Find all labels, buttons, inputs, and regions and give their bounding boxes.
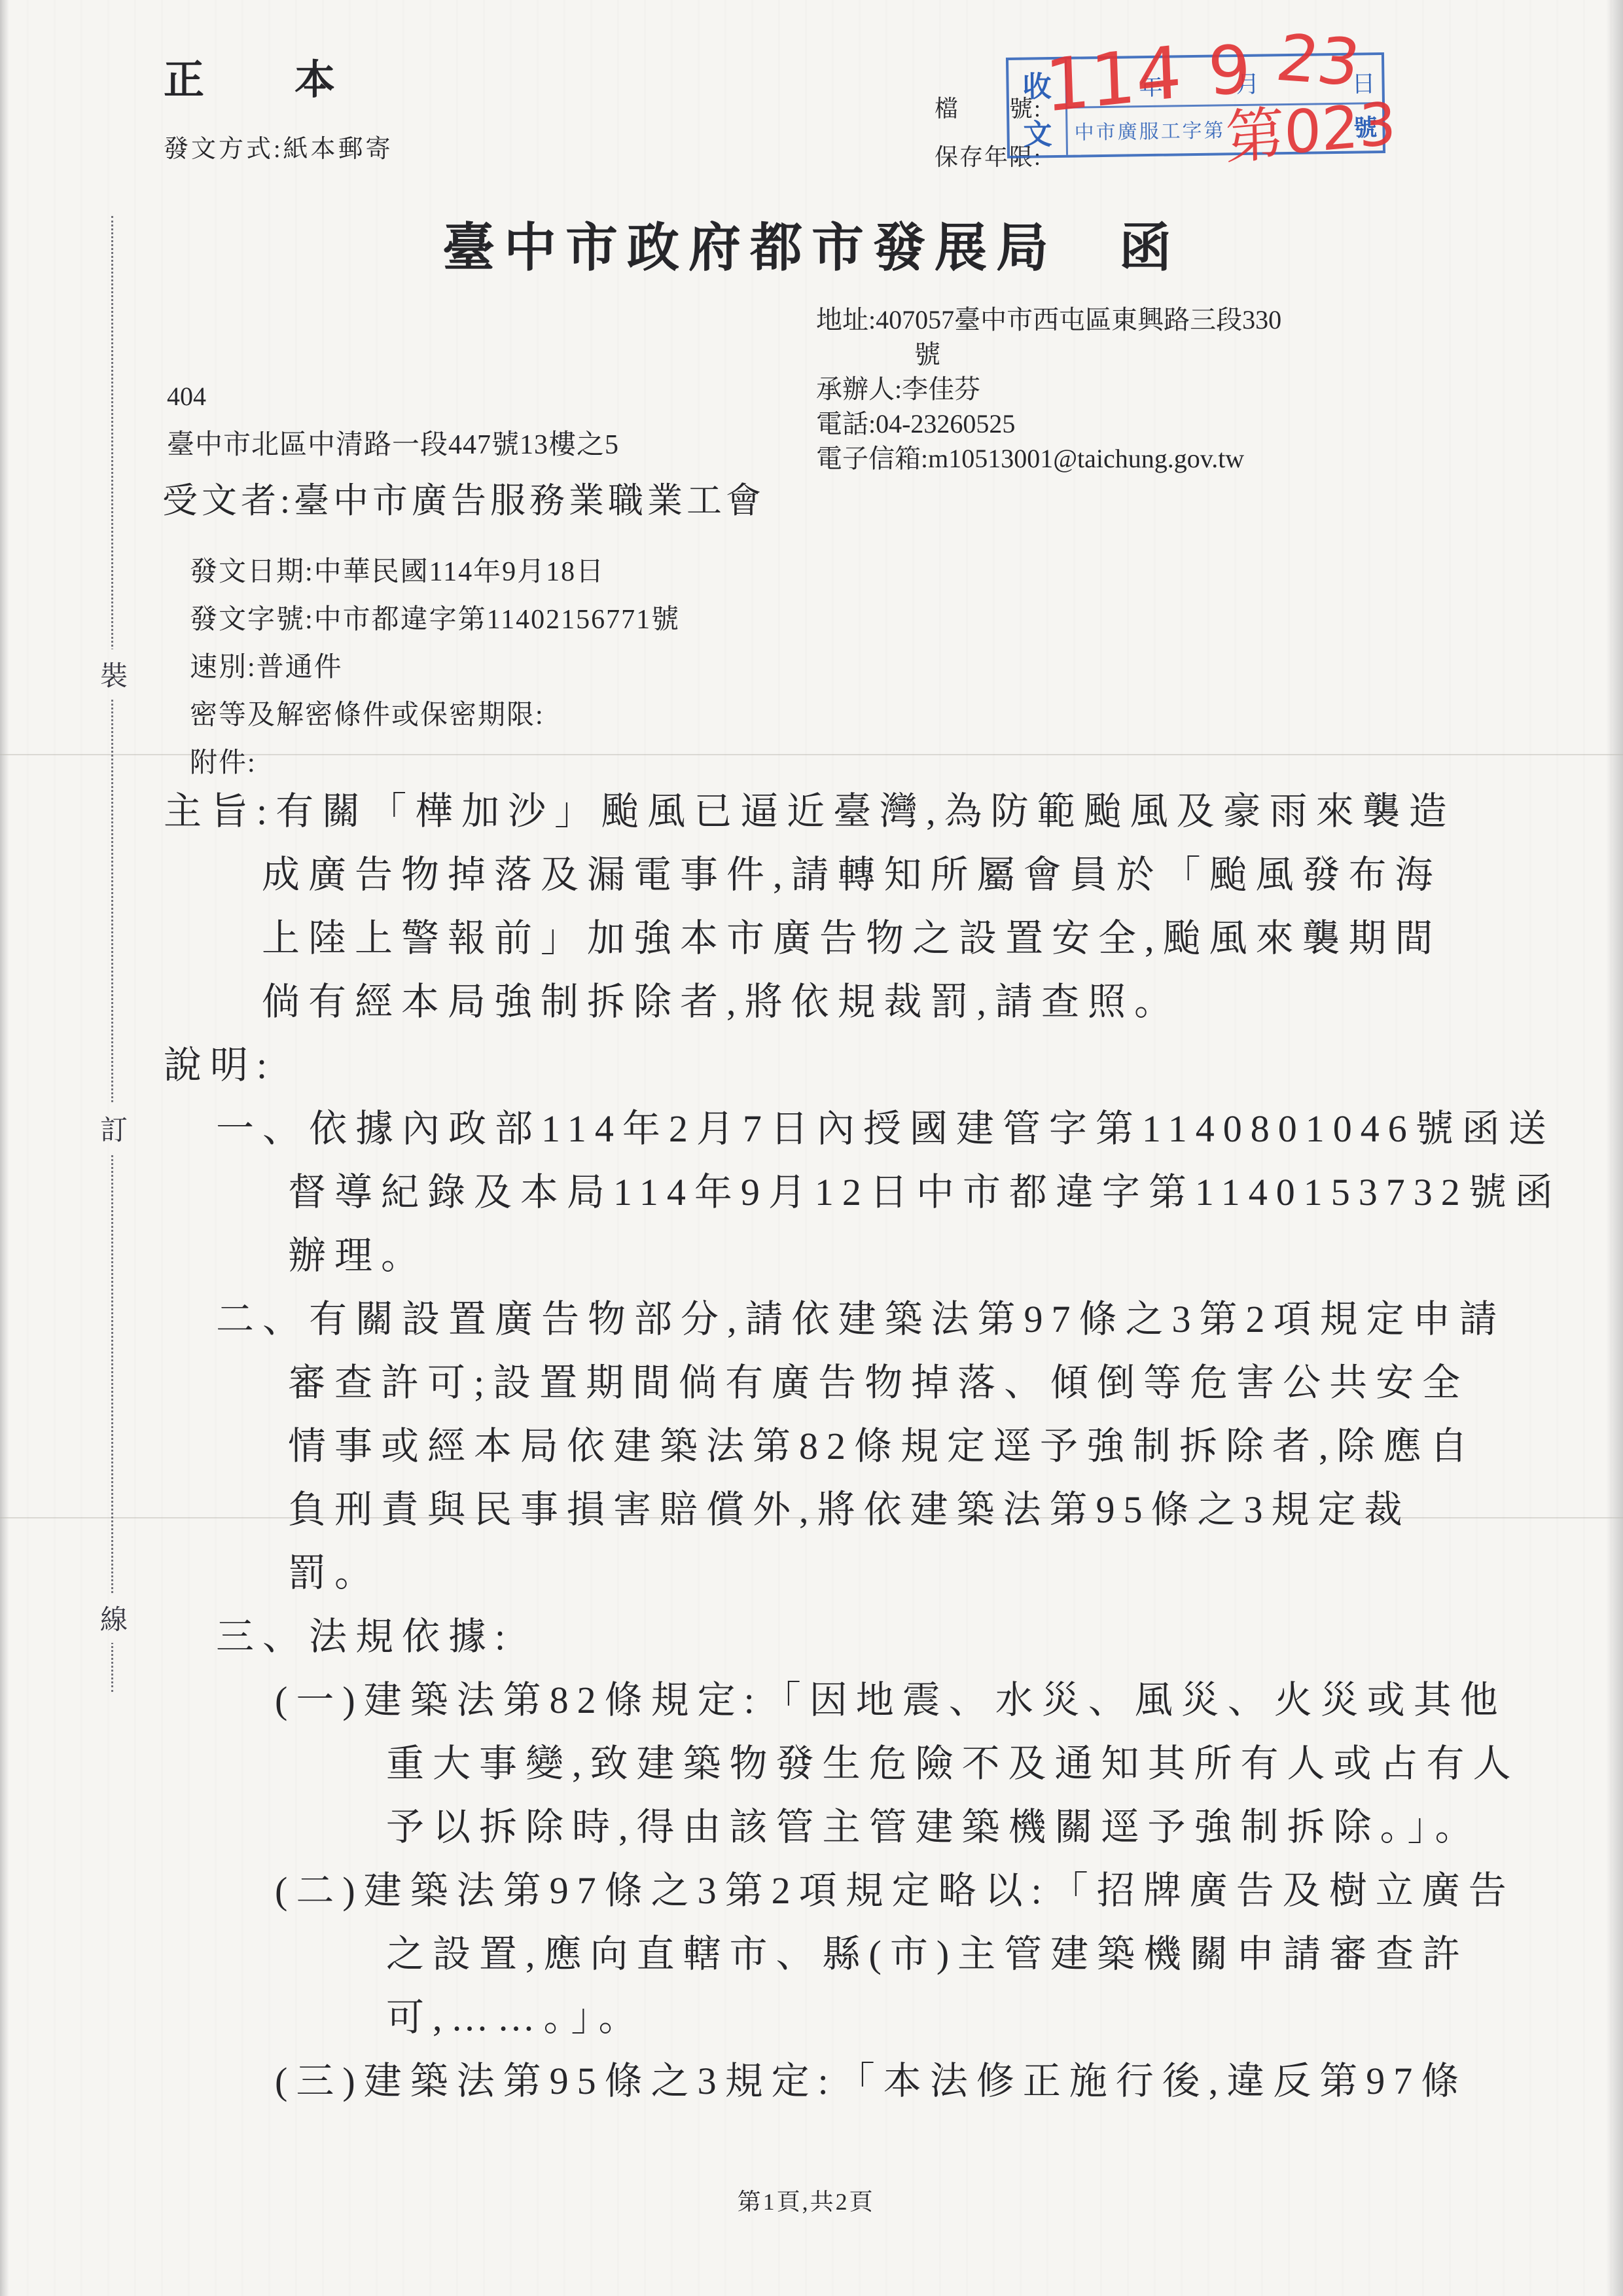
recipient-line: 受文者:臺中市廣告服務業職業工會 (162, 473, 765, 523)
dispatch-meta-line: 發文日期:中華民國114年9月18日 (190, 550, 605, 589)
handwritten-month: 9 (1207, 37, 1251, 105)
body-line: 辦理。 (288, 1225, 427, 1280)
recipient-zip: 404 (167, 381, 206, 412)
body-line: (一)建築法第82條規定:「因地震、水災、風災、火災或其他 (275, 1669, 1507, 1724)
dispatch-meta-line: 速別:普通件 (190, 645, 343, 685)
copy-type-label: 正 本 (164, 47, 360, 105)
body-line: 成廣告物掉落及漏電事件,請轉知所屬會員於「颱風發布海 (262, 844, 1442, 899)
body-line: 督導紀錄及本局114年9月12日中市都違字第1140153732號函 (288, 1161, 1561, 1216)
body-line: 上陸上警報前」加強本市廣告物之設置安全,颱風來襲期間 (262, 907, 1442, 962)
agency-contact-line: 號 (816, 337, 1281, 372)
binding-mark: 訂 (96, 1103, 132, 1153)
dispatch-meta-line: 發文字號:中市都違字第11402156771號 (190, 598, 680, 637)
body-line: 二、有關設置廣告物部分,請依建築法第97條之3第2項規定申請 (216, 1288, 1506, 1343)
scan-edge-shadow-left (0, 0, 9, 2296)
body-line: 說明: (164, 1034, 276, 1089)
body-line: (二)建築法第97條之3第2項規定略以:「招牌廣告及樹立廣告 (275, 1859, 1515, 1914)
scanned-official-letter: 正 本 發文方式:紙本郵寄 檔 號: 保存年限: 收 文 年 月 日 中市廣服工… (0, 0, 1623, 2296)
body-line: 主旨:有關「樺加沙」颱風已逼近臺灣,為防範颱風及豪雨來襲造 (164, 780, 1455, 835)
body-line: 負刑責與民事損害賠償外,將依建築法第95條之3規定裁 (288, 1479, 1411, 1534)
page-number: 第1頁,共2頁 (738, 2183, 875, 2217)
recipient-address: 臺中市北區中清路一段447號13樓之5 (167, 423, 619, 462)
body-line: 重大事變,致建築物發生危險不及通知其所有人或占有人 (386, 1732, 1520, 1787)
binding-mark: 線 (96, 1593, 132, 1643)
agency-contact-line: 承辦人:李佳芬 (816, 372, 1281, 406)
agency-contact-block: 地址:407057臺中市西屯區東興路三段330號承辦人:李佳芬電話:04-232… (816, 302, 1281, 476)
body-line: 倘有經本局強制拆除者,將依規裁罰,請查照。 (262, 971, 1181, 1026)
dispatch-meta-line: 附件: (190, 741, 257, 780)
handwritten-year: 114 (1044, 36, 1183, 122)
document-title: 臺中市政府都市發展局 函 (442, 206, 1181, 281)
delivery-method: 發文方式:紙本郵寄 (164, 128, 393, 164)
binding-dotted-line (111, 216, 113, 1692)
agency-contact-line: 電話:04-23260525 (816, 406, 1281, 441)
agency-contact-line: 地址:407057臺中市西屯區東興路三段330 (816, 302, 1281, 337)
body-line: 罰。 (288, 1542, 381, 1597)
body-line: 予以拆除時,得由該管主管建築機關逕予強制拆除。」。 (386, 1796, 1482, 1851)
body-line: 可,……。」。 (386, 1986, 645, 2041)
body-line: 三、法規依據: (216, 1605, 514, 1660)
dispatch-meta-line: 密等及解密條件或保密期限: (190, 693, 544, 732)
handwritten-day: 23 (1272, 26, 1365, 96)
body-line: 一、依據內政部114年2月7日內授國建管字第1140801046號函送 (216, 1098, 1555, 1153)
body-line: 之設置,應向直轄市、縣(市)主管建築機關申請審查許 (386, 1923, 1469, 1978)
agency-contact-line: 電子信箱:m10513001@taichung.gov.tw (816, 441, 1281, 476)
binding-mark: 裝 (96, 649, 132, 699)
handwritten-receipt-number: 第023 (1225, 94, 1397, 168)
body-line: 審查許可;設置期間倘有廣告物掉落、傾倒等危害公共安全 (288, 1352, 1469, 1407)
scan-edge-shadow-right (1606, 0, 1623, 2296)
body-line: 情事或經本局依建築法第82條規定逕予強制拆除者,除應自 (288, 1415, 1476, 1470)
body-line: (三)建築法第95條之3規定:「本法修正施行後,違反第97條 (275, 2050, 1467, 2105)
